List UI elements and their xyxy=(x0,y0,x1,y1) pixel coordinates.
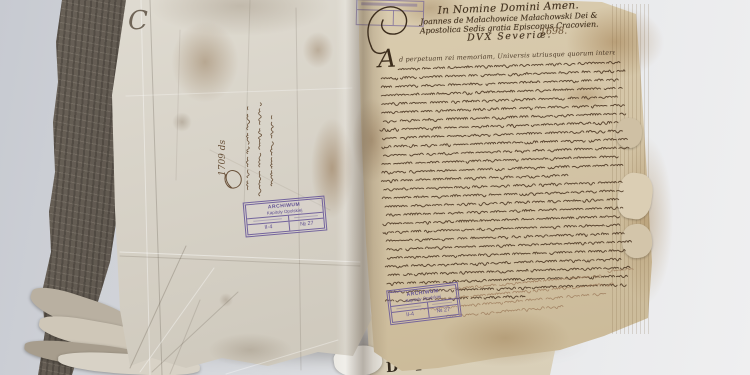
photo-of-open-manuscript-book: D F C 1709 ds ARCHIW xyxy=(0,0,750,375)
gutter-shadow xyxy=(336,0,388,375)
